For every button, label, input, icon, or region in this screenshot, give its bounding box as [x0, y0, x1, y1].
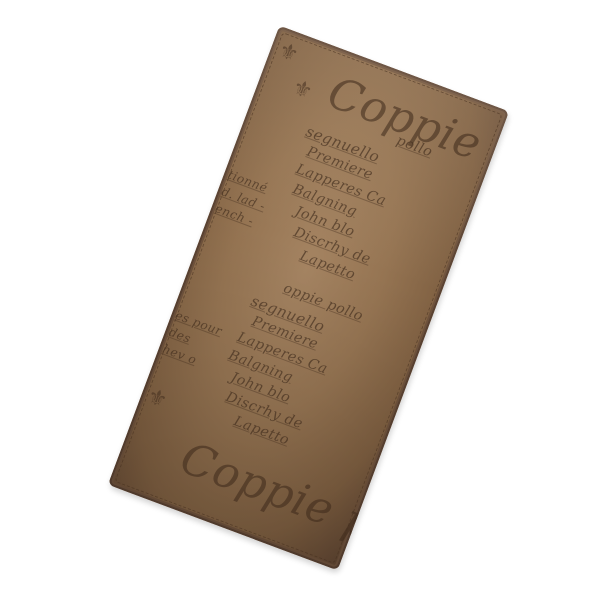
fleur-de-lis-icon: ⚜	[289, 75, 316, 105]
engraved-line: oppie pollo	[281, 280, 365, 324]
engraved-side-text: ench -	[213, 201, 256, 228]
engraved-line: Premiere	[305, 144, 376, 183]
engraved-line: Discrhy de	[291, 224, 373, 267]
leather-sheen	[108, 26, 509, 571]
engraved-line: Balgning	[290, 181, 359, 220]
engraved-line: Lapetto	[298, 248, 358, 283]
engraved-line: Lapperes Ca	[294, 161, 389, 209]
fleur-de-lis-icon: ⚜	[275, 38, 302, 68]
engraved-line: Lapetto	[231, 413, 291, 448]
engraved-side-text: es pour	[173, 308, 224, 338]
engraved-side-text: d. lad -	[220, 184, 268, 213]
engraved-side-text: hev o	[161, 342, 199, 367]
engraved-line: Lapperes Ca	[235, 329, 330, 377]
engraved-initial: Coppie	[321, 67, 488, 171]
engraved-line: John blo	[293, 203, 357, 240]
engraved-line: pollo	[394, 132, 435, 160]
engraved-line: Premiere	[250, 313, 321, 352]
engraved-side-text: tionné	[226, 168, 270, 196]
engraved-line: John blo	[229, 370, 293, 407]
leather-wallet: ⚜ ⚜ ⚜ Coppie pollo segnuello Premiere La…	[108, 26, 509, 571]
engraved-line: Balgning	[226, 347, 295, 386]
engraved-line: Discrhy de	[224, 389, 306, 432]
engraved-line: segnuello	[248, 292, 327, 336]
engraved-line: segnuello	[303, 122, 382, 166]
engraved-initial-bottom: Coppie pollo	[174, 433, 460, 571]
engraved-side-text: des	[167, 325, 193, 346]
